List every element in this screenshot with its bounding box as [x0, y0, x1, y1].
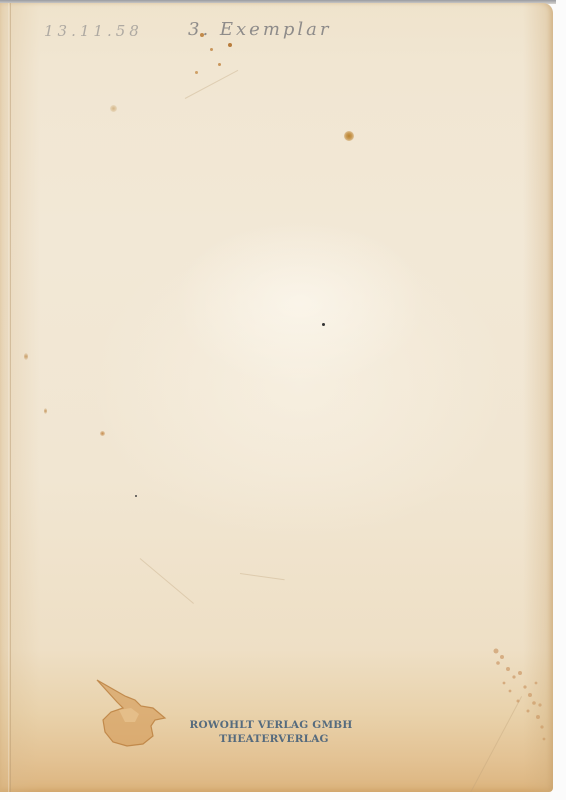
foxing-spot	[322, 323, 325, 326]
foxing-spot	[24, 353, 28, 360]
paper-crease	[140, 558, 194, 604]
stamp-line-publisher: ROWOHLT VERLAG GMBH	[186, 718, 356, 732]
foxing-spot	[218, 63, 221, 66]
stamp-line-division: THEATERVERLAG	[186, 732, 356, 746]
publisher-stamp: ROWOHLT VERLAG GMBH THEATERVERLAG	[186, 718, 356, 746]
foxing-spot	[110, 105, 117, 112]
foxing-spot	[195, 71, 198, 74]
binding-fold-highlight	[8, 3, 9, 792]
handwritten-copy-note: 3. Exemplar	[188, 19, 332, 40]
liquid-stain	[95, 678, 175, 748]
scan-canvas: 13.11.58 3. Exemplar	[0, 0, 566, 800]
document-cover-page: 13.11.58 3. Exemplar	[0, 3, 553, 792]
foxing-spot	[200, 33, 204, 37]
foxing-cluster	[490, 643, 550, 753]
foxing-spot	[344, 131, 354, 141]
foxing-spot	[44, 408, 47, 414]
foxing-spot	[135, 495, 137, 497]
paper-crease	[240, 573, 285, 580]
foxing-spot	[228, 43, 232, 47]
foxing-spot	[100, 431, 105, 436]
foxing-spot	[210, 48, 213, 51]
paper-crease	[185, 70, 238, 99]
handwritten-date: 13.11.58	[44, 22, 143, 40]
binding-fold-line	[10, 3, 11, 792]
